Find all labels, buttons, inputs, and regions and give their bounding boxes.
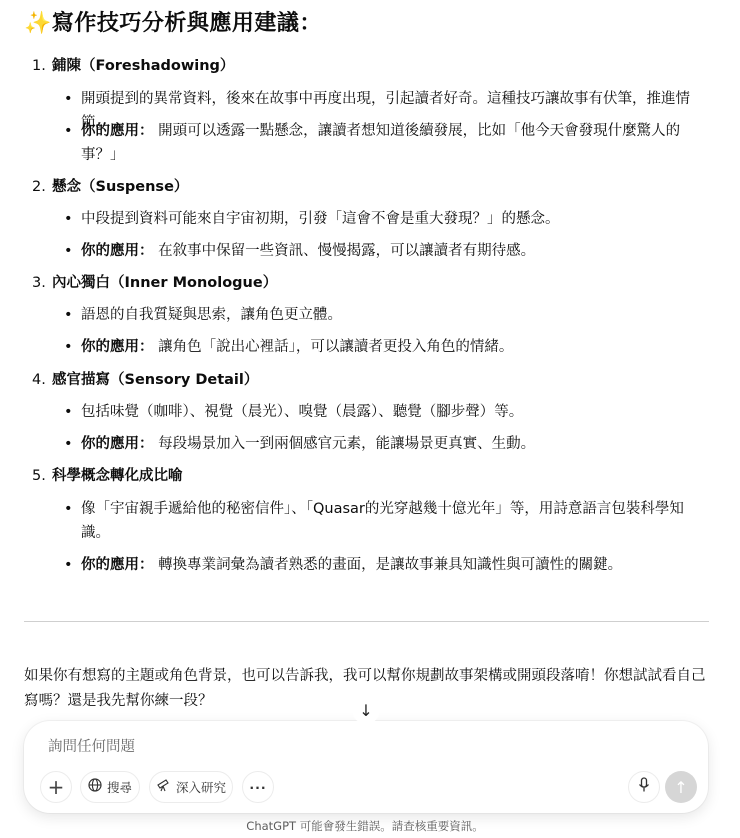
bullet-icon: •: [64, 207, 73, 231]
list-item: • 你的應用： 每段場景加入一到兩個感官元素，能讓場景更真實、生動。: [64, 432, 714, 456]
heading-text: 寫作技巧分析與應用建議：: [52, 11, 322, 36]
plus-icon: +: [48, 775, 65, 799]
section-1-title: 1.鋪陳（Foreshadowing）: [32, 55, 234, 77]
globe-icon: [88, 778, 102, 796]
list-item: • 像「宇宙親手遞給他的秘密信件」、「Quasar的光穿越幾十億光年」等，用詩意…: [64, 497, 689, 545]
bullet-icon: •: [64, 497, 73, 521]
arrow-up-icon: ↑: [674, 778, 687, 797]
bullet-text: 轉換專業詞彙為讀者熟悉的畫面，是讓故事兼具知識性與可讀性的關鍵。: [154, 557, 623, 573]
divider: [24, 621, 709, 622]
deep-research-button[interactable]: 深入研究: [149, 771, 233, 803]
bullet-text: 開頭可以透露一點懸念，讓讀者想知道後續發展，比如「他今天會發現什麼驚人的事？」: [81, 123, 680, 163]
section-title-zh: 感官描寫: [52, 372, 110, 388]
add-attachment-button[interactable]: +: [40, 771, 72, 803]
section-title-en: （Sensory Detail）: [110, 372, 258, 388]
list-number: 3.: [32, 272, 52, 294]
bullet-text: 語恩的自我質疑與思索，讓角色更立體。: [81, 303, 714, 327]
voice-input-button[interactable]: [628, 771, 660, 803]
scroll-to-bottom-button[interactable]: ↓: [352, 696, 380, 724]
prompt-input[interactable]: 詢問任何問題: [48, 735, 135, 756]
bullet-icon: •: [64, 432, 73, 456]
section-title-en: （Inner Monologue）: [110, 275, 277, 291]
ellipsis-icon: ···: [249, 780, 266, 795]
bullet-icon: •: [64, 119, 73, 143]
bullet-icon: •: [64, 335, 73, 359]
list-number: 2.: [32, 176, 52, 198]
bullet-text: 包括味覺（咖啡）、視覺（晨光）、嗅覺（晨露）、聽覺（腳步聲）等。: [81, 400, 714, 424]
list-item: • 包括味覺（咖啡）、視覺（晨光）、嗅覺（晨露）、聽覺（腳步聲）等。: [64, 400, 714, 424]
search-label: 搜尋: [107, 778, 132, 796]
bullet-icon: •: [64, 303, 73, 327]
sparkles-icon: ✨: [24, 11, 52, 36]
list-item: • 語恩的自我質疑與思索，讓角色更立體。: [64, 303, 714, 327]
list-item: • 你的應用： 開頭可以透露一點懸念，讓讀者想知道後續發展，比如「他今天會發現什…: [64, 119, 714, 167]
bullet-text: 讓角色「說出心裡話」，可以讓讀者更投入角色的情緒。: [154, 339, 514, 355]
disclaimer: ChatGPT 可能會發生錯誤。請查核重要資訊。: [0, 818, 730, 834]
list-item: • 你的應用： 轉換專業詞彙為讀者熟悉的畫面，是讓故事兼具知識性與可讀性的關鍵。: [64, 553, 714, 577]
section-title-zh: 懸念: [52, 179, 81, 195]
bullet-label: 你的應用：: [81, 243, 154, 259]
bullet-text: 中段提到資料可能來自宇宙初期，引發「這會不會是重大發現？」的懸念。: [81, 207, 714, 231]
search-button[interactable]: 搜尋: [80, 771, 140, 803]
bullet-icon: •: [64, 400, 73, 424]
section-title-zh: 鋪陳: [52, 58, 81, 74]
microphone-icon: [638, 777, 650, 797]
arrow-down-icon: ↓: [359, 701, 372, 720]
bullet-text: 像「宇宙親手遞給他的秘密信件」、「Quasar的光穿越幾十億光年」等，用詩意語言…: [81, 497, 689, 545]
send-button[interactable]: ↑: [665, 771, 697, 803]
bullet-icon: •: [64, 553, 73, 577]
section-3-title: 3.內心獨白（Inner Monologue）: [32, 272, 277, 294]
bullet-icon: •: [64, 239, 73, 263]
section-title-en: （Suspense）: [81, 179, 188, 195]
list-item: • 你的應用： 讓角色「說出心裡話」，可以讓讀者更投入角色的情緒。: [64, 335, 714, 359]
list-number: 1.: [32, 55, 52, 77]
bullet-text: 在敘事中保留一些資訊、慢慢揭露，可以讓讀者有期待感。: [154, 243, 536, 259]
bullet-label: 你的應用：: [81, 339, 154, 355]
bullet-text: 每段場景加入一到兩個感官元素，能讓場景更真實、生動。: [154, 436, 536, 452]
list-item: • 你的應用： 在敘事中保留一些資訊、慢慢揭露，可以讓讀者有期待感。: [64, 239, 714, 263]
section-4-title: 4.感官描寫（Sensory Detail）: [32, 369, 258, 391]
bullet-label: 你的應用：: [81, 123, 154, 139]
list-item: • 中段提到資料可能來自宇宙初期，引發「這會不會是重大發現？」的懸念。: [64, 207, 714, 231]
list-number: 4.: [32, 369, 52, 391]
deep-research-label: 深入研究: [176, 778, 226, 796]
section-title-zh: 內心獨白: [52, 275, 110, 291]
bullet-icon: •: [64, 87, 73, 111]
telescope-icon: [156, 778, 171, 796]
section-5-title: 5.科學概念轉化成比喻: [32, 465, 183, 487]
composer: 詢問任何問題 + 搜尋 深入研究 ··· ↑: [24, 721, 708, 813]
bullet-label: 你的應用：: [81, 557, 154, 573]
section-title-en: （Foreshadowing）: [81, 58, 234, 74]
section-2-title: 2.懸念（Suspense）: [32, 176, 188, 198]
response-heading: ✨寫作技巧分析與應用建議：: [24, 8, 322, 40]
bullet-label: 你的應用：: [81, 436, 154, 452]
list-number: 5.: [32, 465, 52, 487]
more-tools-button[interactable]: ···: [242, 771, 274, 803]
section-title-zh: 科學概念轉化成比喻: [52, 468, 183, 484]
